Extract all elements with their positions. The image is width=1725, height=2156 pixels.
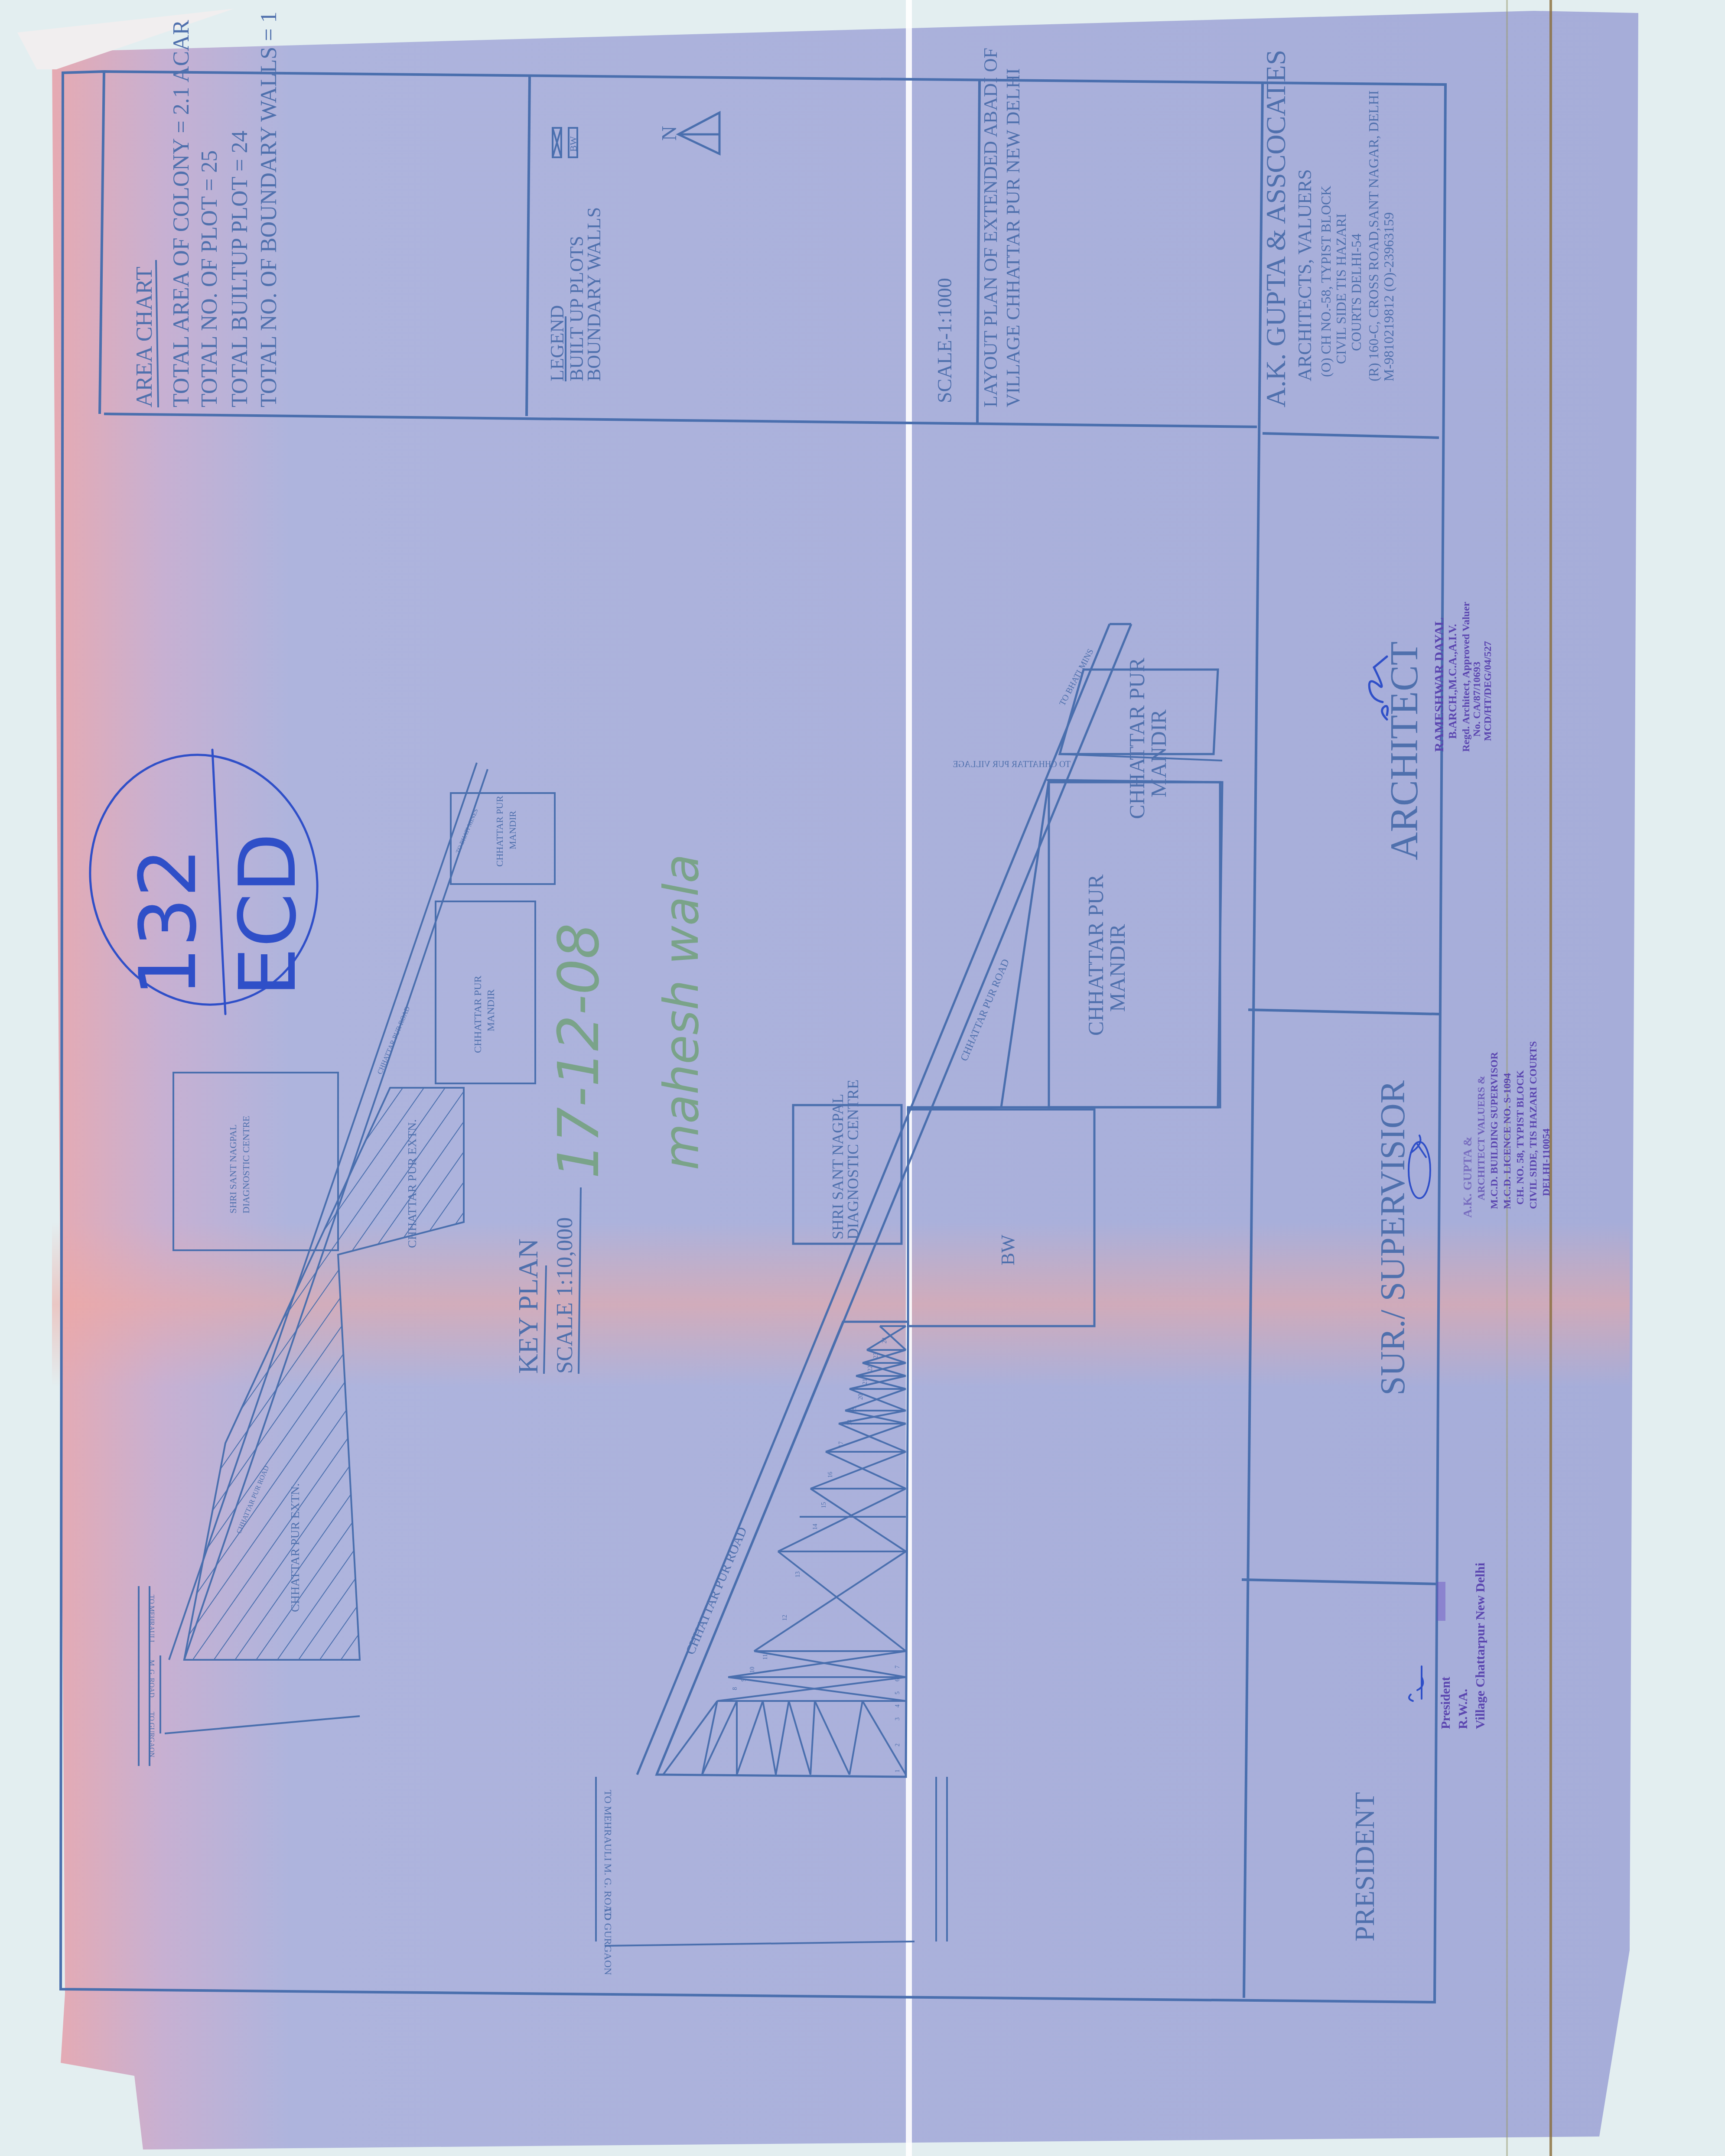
lp-bw-label: BW xyxy=(997,1235,1019,1265)
svg-text:SHRI SANT NAGPAL: SHRI SANT NAGPAL xyxy=(228,1125,238,1213)
firm-line-4: (R) 160-C, CROSS ROAD,SANT NAGAR, DELHI xyxy=(1366,91,1381,381)
area-chart-heading: AREA CHART xyxy=(132,267,157,407)
svg-text:20: 20 xyxy=(858,1394,864,1400)
svg-text:BW: BW xyxy=(568,136,579,152)
architect-stamp-line-1: RAMESHWAR DAYAL xyxy=(1432,618,1446,752)
supervisor-stamp-line-2: ARCHITECT VALUERS & xyxy=(1476,1076,1487,1200)
architect-stamp-line-4: No. CA/87/10693 xyxy=(1471,662,1483,737)
lp-mandir1-line-2: MANDIR xyxy=(1105,924,1129,1012)
svg-text:DIAGNOSTIC CENTRE: DIAGNOSTIC CENTRE xyxy=(241,1116,251,1214)
svg-text:14: 14 xyxy=(812,1524,819,1530)
lp-mandir2-line-2: MANDIR xyxy=(1146,709,1171,797)
area-chart-line-2: TOTAL NO. OF PLOT = 25 xyxy=(197,150,222,407)
firm-line-5: M-9810219812 (O)-23963159 xyxy=(1381,212,1396,381)
president-stamp-line-2: R.W.A. xyxy=(1456,1689,1470,1729)
svg-text:CHHATTAR PUR: CHHATTAR PUR xyxy=(494,796,505,867)
architect-stamp-line-3: Regd. Architect, Approved Valuer xyxy=(1461,602,1472,752)
svg-text:5: 5 xyxy=(895,1691,901,1694)
kp-extn-label: CHHATTAR PUR EXTN. xyxy=(406,1119,419,1248)
scanner-white-line xyxy=(906,0,912,2156)
area-chart-line-1: TOTAL AREA OF COLONY = 2.1 ACAR xyxy=(169,20,194,407)
lp-road-gurgaon: TO GURGAON xyxy=(602,1907,613,1975)
svg-text:CHHATTAR PUR EXTN.: CHHATTAR PUR EXTN. xyxy=(289,1483,302,1612)
svg-text:9: 9 xyxy=(741,1678,747,1681)
svg-text:MANDIR: MANDIR xyxy=(507,810,518,849)
svg-text:4: 4 xyxy=(895,1704,901,1707)
kp-road-mehrauli: TO MEHRAULI xyxy=(148,1595,155,1642)
north-label: N xyxy=(658,126,681,141)
svg-text:2: 2 xyxy=(895,1743,901,1746)
supervisor-stamp-line-1: A.K. GUPTA & xyxy=(1461,1136,1474,1218)
key-plan-scale: SCALE 1:10,000 xyxy=(553,1217,577,1374)
lp-mandir2-line-1: CHHATTAR PUR xyxy=(1125,657,1149,819)
president-stamp-line-3: Village Chattarpur New Delhi xyxy=(1473,1563,1487,1729)
kp-road-gurgaon: TO GURGAON xyxy=(148,1712,155,1757)
kp-road-mg: M. G. ROAD xyxy=(148,1660,155,1697)
lp-mandir1-line-1: CHHATTAR PUR xyxy=(1084,874,1108,1036)
svg-text:17-12-08: 17-12-08 xyxy=(546,923,612,1179)
svg-text:24: 24 xyxy=(882,1337,888,1343)
blueprint-drawing: AREA CHART TOTAL AREA OF COLONY = 2.1 AC… xyxy=(0,0,1725,2156)
key-plan-title: KEY PLAN xyxy=(513,1239,544,1374)
supervisor-label: SUR./ SUPERVISIOR xyxy=(1374,1080,1412,1395)
svg-text:mahesh wala: mahesh wala xyxy=(654,854,709,1170)
president-stamp-line-1: President xyxy=(1439,1677,1453,1729)
svg-text:23: 23 xyxy=(873,1353,879,1359)
svg-text:MANDIR: MANDIR xyxy=(485,989,497,1031)
svg-text:CHHATTAR PUR: CHHATTAR PUR xyxy=(472,976,484,1053)
stamp-smudge xyxy=(1437,1582,1445,1621)
scale-main: SCALE-1:1000 xyxy=(934,278,956,403)
president-label: PRESIDENT xyxy=(1349,1792,1380,1941)
lp-diagnostic-line-2: DIAGNOSTIC CENTRE xyxy=(844,1080,862,1239)
scanned-blueprint-page: AREA CHART TOTAL AREA OF COLONY = 2.1 AC… xyxy=(0,0,1725,2156)
svg-text:21: 21 xyxy=(862,1379,869,1385)
svg-text:18: 18 xyxy=(847,1420,853,1426)
svg-text:10: 10 xyxy=(749,1667,756,1673)
firm-line-3: COURTS DELHI-54 xyxy=(1348,234,1364,351)
firm-line-1: (O) CH NO.-58, TYPIST BLOCK xyxy=(1318,186,1334,377)
svg-text:11: 11 xyxy=(762,1654,769,1660)
architect-stamp-line-2: B.ARCH.,M.C.A.,A.I.V. xyxy=(1446,624,1459,739)
lp-road-village: TO CHHATTAR PUR VILLAGE xyxy=(953,760,1071,769)
svg-text:15: 15 xyxy=(821,1502,827,1508)
supervisor-stamp-line-6: CIVIL SIDE, TIS HAZARI COURTS xyxy=(1528,1041,1539,1209)
legend-heading: LEGEND xyxy=(547,305,568,381)
svg-text:7: 7 xyxy=(895,1665,901,1668)
svg-text:6: 6 xyxy=(895,1678,901,1681)
lp-diagnostic-line-1: SHRI SANT NAGPAL xyxy=(829,1094,846,1239)
svg-text:1: 1 xyxy=(895,1769,901,1772)
svg-text:3: 3 xyxy=(895,1717,901,1720)
area-chart-line-4: TOTAL NO. OF BOUNDARY WALLS = 1 xyxy=(257,11,281,407)
svg-text:16: 16 xyxy=(827,1472,834,1478)
firm-line-2: CIVIL SIDE TIS HAZARI xyxy=(1333,213,1349,364)
title-line-2: VILLAGE CHHATTAR PUR NEW DELHI xyxy=(1002,68,1024,407)
file-number-bottom: ECD xyxy=(223,833,313,997)
supervisor-stamp-line-3: M.C.D. BUILDING SUPERVISOR xyxy=(1489,1052,1500,1209)
lp-road-mehrauli: TO MEHRAULI xyxy=(602,1790,613,1861)
firm-subtitle: ARCHITECTS, VALUERS xyxy=(1294,169,1315,381)
supervisor-stamp-line-7: DELHI-110054 xyxy=(1541,1128,1552,1196)
area-chart-line-3: TOTAL BUILTUP PLOT = 24 xyxy=(228,130,252,407)
svg-text:12: 12 xyxy=(782,1615,788,1621)
supervisor-stamp-line-4: M.C.D. LICENCE NO. S-1094 xyxy=(1502,1073,1513,1209)
title-line-1: LAYOUT PLAN OF EXTENDED ABADI OF xyxy=(980,48,1001,407)
firm-name: A.K. GUPTA & ASSCOCATES xyxy=(1260,50,1291,407)
svg-text:22: 22 xyxy=(867,1366,874,1372)
legend-label-boundary: BOUNDARY WALLS xyxy=(583,207,605,381)
supervisor-stamp-line-5: CH. NO. 58, TYPIST BLOCK xyxy=(1515,1070,1526,1205)
svg-text:8: 8 xyxy=(732,1687,739,1690)
svg-text:13: 13 xyxy=(795,1571,801,1577)
svg-text:19: 19 xyxy=(851,1407,858,1413)
file-number-top: 132 xyxy=(123,848,214,997)
svg-text:17: 17 xyxy=(838,1441,845,1447)
architect-stamp-line-5: MCD/HT/DEG/04/527 xyxy=(1482,641,1494,741)
scanner-brown-line xyxy=(1549,0,1552,2156)
architect-label: ARCHITECT xyxy=(1383,641,1426,860)
